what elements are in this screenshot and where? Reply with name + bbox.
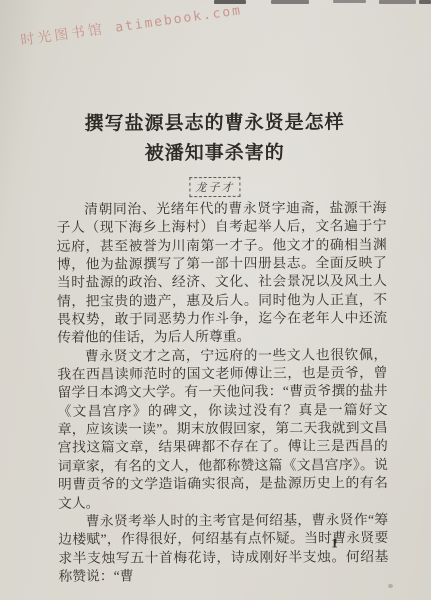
book-page: 时光图书馆 atimebook.com 撰写盐源县志的曹永贤是怎样 被潘知事杀害… — [0, 0, 431, 600]
article-title-line-2: 被潘知事杀害的 — [0, 138, 430, 170]
paragraph: 曹永贤考举人时的主考官是何绍基，曹永贤作“筹边楼赋”，作得很好，何绍基有点怀疑。… — [58, 511, 388, 586]
paragraph: 曹永贤文才之高，宁远府的一些文人也很钦佩，我在西昌读师范时的国文老师傅让三，也是… — [57, 346, 388, 513]
page-content: 撰写盐源县志的曹永贤是怎样 被潘知事杀害的 龙子才 清朝同治、光绪年代的曹永贤字… — [0, 0, 431, 600]
author-name: 龙子才 — [189, 177, 240, 197]
article-title: 撰写盐源县志的曹永贤是怎样 被潘知事杀害的 — [0, 108, 430, 170]
paragraph: 清朝同治、光绪年代的曹永贤字迪斋，盐源干海子人（现下海乡上海村）自考起举人后，文… — [56, 199, 387, 347]
page-number: 1 — [331, 535, 338, 551]
article-title-line-1: 撰写盐源县志的曹永贤是怎样 — [0, 108, 430, 140]
article-body: 清朝同治、光绪年代的曹永贤字迪斋，盐源干海子人（现下海乡上海村）自考起举人后，文… — [56, 199, 388, 586]
scan-speck — [388, 584, 393, 588]
byline: 龙子才 — [0, 176, 430, 198]
